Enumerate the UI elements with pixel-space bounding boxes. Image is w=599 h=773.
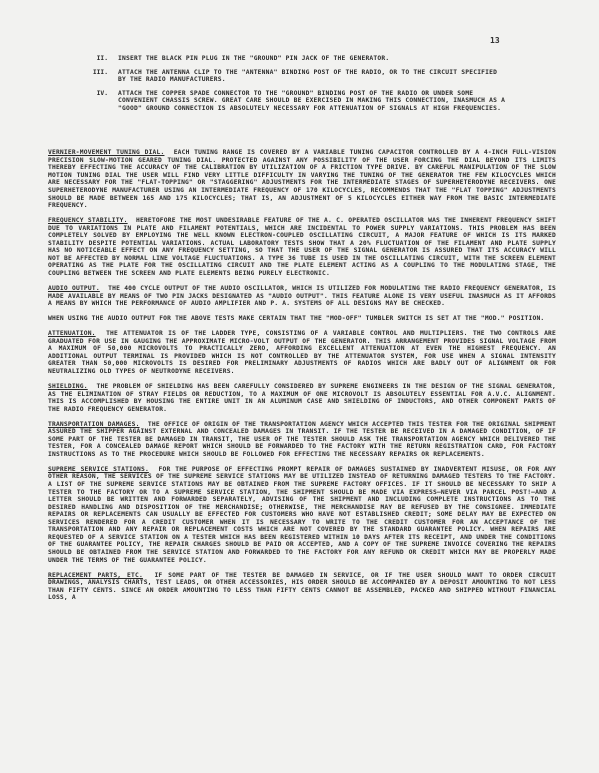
- section-text: Each tuning range is covered by a variab…: [48, 149, 556, 209]
- step-item: II. Insert the black pin plug in the "Gr…: [86, 55, 506, 63]
- section-heading: Shielding.: [48, 383, 88, 390]
- section-heading: Replacement Parts, Etc.: [48, 572, 143, 579]
- section-heading: Audio Output.: [48, 285, 100, 292]
- step-text: Insert the black pin plug in the "Ground…: [118, 55, 506, 63]
- step-text: Attach the antenna clip to the "Antenna"…: [118, 69, 506, 84]
- section-heading: Frequency Stability.: [48, 217, 128, 224]
- section-frequency-stability: Frequency Stability. Heretofore the most…: [48, 217, 556, 277]
- section-text: Heretofore the most undesirable feature …: [48, 217, 556, 277]
- page-number: 13: [490, 36, 500, 45]
- step-text: Attach the copper spade connector to the…: [118, 90, 506, 113]
- section-audio-note: When using the audio output for the abov…: [48, 315, 556, 323]
- section-heading: Transportation Damages.: [48, 421, 140, 428]
- document-body: Vernier-Movement Tuning Dial. Each tunin…: [48, 143, 556, 609]
- section-shielding: Shielding. The problem of shielding has …: [48, 383, 556, 413]
- instruction-steps: II. Insert the black pin plug in the "Gr…: [86, 55, 506, 119]
- section-text: When using the audio output for the abov…: [48, 315, 544, 322]
- section-text: The 400 cycle output of the audio oscill…: [48, 285, 556, 307]
- section-transportation-damages: Transportation Damages. The office of or…: [48, 421, 556, 459]
- section-heading: Vernier-Movement Tuning Dial.: [48, 149, 164, 156]
- section-text: For the purpose of effecting prompt repa…: [48, 466, 556, 564]
- step-item: III. Attach the antenna clip to the "Ant…: [86, 69, 506, 84]
- section-replacement-parts: Replacement Parts, Etc. If some part of …: [48, 572, 556, 602]
- step-number: II.: [86, 55, 108, 63]
- step-number: IV.: [86, 90, 108, 113]
- step-item: IV. Attach the copper spade connector to…: [86, 90, 506, 113]
- section-audio-output: Audio Output. The 400 cycle output of th…: [48, 285, 556, 308]
- step-number: III.: [86, 69, 108, 84]
- section-attenuation: Attenuation. The attenuator is of the la…: [48, 330, 556, 375]
- section-service-stations: Supreme Service Stations. For the purpos…: [48, 466, 556, 564]
- section-text: The problem of shielding has been carefu…: [48, 383, 556, 413]
- section-text: The attenuator is of the ladder type, co…: [48, 330, 556, 375]
- section-heading: Supreme Service Stations.: [48, 466, 149, 473]
- section-heading: Attenuation.: [48, 330, 96, 337]
- section-vernier-dial: Vernier-Movement Tuning Dial. Each tunin…: [48, 149, 556, 209]
